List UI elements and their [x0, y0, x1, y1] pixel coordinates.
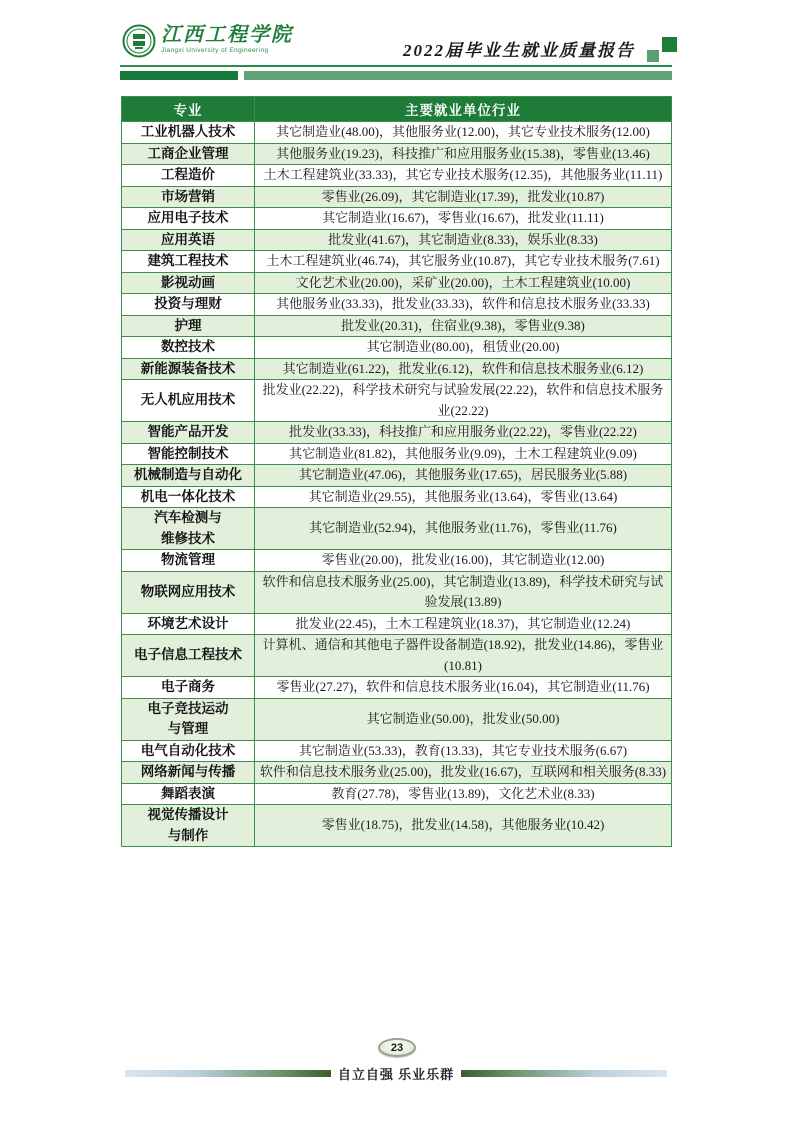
table-row: 工程造价土木工程建筑业(33.33)，其它专业技术服务(12.35)，其他服务业…	[122, 165, 672, 187]
industries-cell: 文化艺术业(20.00)，采矿业(20.00)，土木工程建筑业(10.00)	[255, 272, 672, 294]
employment-table: 专业 主要就业单位行业 工业机器人技术其它制造业(48.00)，其他服务业(12…	[121, 96, 672, 847]
university-logo: 江西工程学院 Jiangxi University of Engineering	[122, 24, 293, 58]
major-cell: 物联网应用技术	[122, 571, 255, 613]
table-header: 专业 主要就业单位行业	[122, 97, 672, 122]
deco-square-large	[662, 37, 677, 52]
industries-cell: 土木工程建筑业(33.33)，其它专业技术服务(12.35)，其他服务业(11.…	[255, 165, 672, 187]
major-cell: 视觉传播设计 与制作	[122, 805, 255, 847]
industries-cell: 其它制造业(80.00)，租赁业(20.00)	[255, 337, 672, 359]
logo-title-cn: 江西工程学院	[161, 24, 293, 46]
university-emblem-icon	[122, 24, 156, 58]
major-cell: 工程造价	[122, 165, 255, 187]
major-cell: 投资与理财	[122, 294, 255, 316]
table-row: 机械制造与自动化其它制造业(47.06)，其他服务业(17.65)，居民服务业(…	[122, 465, 672, 487]
industries-cell: 零售业(18.75)，批发业(14.58)，其他服务业(10.42)	[255, 805, 672, 847]
industries-cell: 教育(27.78)，零售业(13.89)，文化艺术业(8.33)	[255, 783, 672, 805]
motto-bar-right	[461, 1070, 667, 1077]
logo-text: 江西工程学院 Jiangxi University of Engineering	[161, 24, 293, 54]
major-cell: 智能产品开发	[122, 422, 255, 444]
industries-cell: 其它制造业(29.55)，其他服务业(13.64)，零售业(13.64)	[255, 486, 672, 508]
major-cell: 网络新闻与传播	[122, 762, 255, 784]
table-row: 物流管理零售业(20.00)，批发业(16.00)，其它制造业(12.00)	[122, 550, 672, 572]
table-row: 电气自动化技术其它制造业(53.33)，教育(13.33)，其它专业技术服务(6…	[122, 740, 672, 762]
industries-cell: 其它制造业(47.06)，其他服务业(17.65)，居民服务业(5.88)	[255, 465, 672, 487]
industries-cell: 其它制造业(61.22)，批发业(6.12)，软件和信息技术服务业(6.12)	[255, 358, 672, 380]
industries-cell: 其它制造业(16.67)，零售业(16.67)，批发业(11.11)	[255, 208, 672, 230]
table-row: 数控技术其它制造业(80.00)，租赁业(20.00)	[122, 337, 672, 359]
table-body: 工业机器人技术其它制造业(48.00)，其他服务业(12.00)，其它专业技术服…	[122, 122, 672, 847]
major-cell: 影视动画	[122, 272, 255, 294]
table-row: 电子竞技运动 与管理其它制造业(50.00)，批发业(50.00)	[122, 698, 672, 740]
column-header-industries: 主要就业单位行业	[255, 97, 672, 122]
major-cell: 电子信息工程技术	[122, 635, 255, 677]
major-cell: 无人机应用技术	[122, 380, 255, 422]
page-title: 2022届毕业生就业质量报告	[403, 36, 635, 61]
major-cell: 电子商务	[122, 677, 255, 699]
major-cell: 新能源装备技术	[122, 358, 255, 380]
major-cell: 护理	[122, 315, 255, 337]
table-row: 电子商务零售业(27.27)，软件和信息技术服务业(16.04)，其它制造业(1…	[122, 677, 672, 699]
major-cell: 建筑工程技术	[122, 251, 255, 273]
table-row: 物联网应用技术软件和信息技术服务业(25.00)，其它制造业(13.89)，科学…	[122, 571, 672, 613]
industries-cell: 其它制造业(81.82)，其他服务业(9.09)，土木工程建筑业(9.09)	[255, 443, 672, 465]
header-bar-right	[244, 71, 672, 80]
page-number-badge: 23	[378, 1038, 416, 1057]
motto-text: 自立自强 乐业乐群	[338, 1064, 454, 1083]
table-row: 市场营销零售业(26.09)，其它制造业(17.39)，批发业(10.87)	[122, 186, 672, 208]
table-row: 智能产品开发批发业(33.33)，科技推广和应用服务业(22.22)，零售业(2…	[122, 422, 672, 444]
major-cell: 机电一体化技术	[122, 486, 255, 508]
table-row: 视觉传播设计 与制作零售业(18.75)，批发业(14.58)，其他服务业(10…	[122, 805, 672, 847]
major-cell: 应用电子技术	[122, 208, 255, 230]
report-page: 江西工程学院 Jiangxi University of Engineering…	[0, 0, 793, 1122]
major-cell: 环境艺术设计	[122, 613, 255, 635]
industries-cell: 其他服务业(19.23)，科技推广和应用服务业(15.38)，零售业(13.46…	[255, 143, 672, 165]
table-header-row: 专业 主要就业单位行业	[122, 97, 672, 122]
page-number: 23	[391, 1042, 403, 1054]
table-row: 机电一体化技术其它制造业(29.55)，其他服务业(13.64)，零售业(13.…	[122, 486, 672, 508]
industries-cell: 其它制造业(53.33)，教育(13.33)，其它专业技术服务(6.67)	[255, 740, 672, 762]
table-row: 护理批发业(20.31)，住宿业(9.38)，零售业(9.38)	[122, 315, 672, 337]
industries-cell: 批发业(41.67)，其它制造业(8.33)，娱乐业(8.33)	[255, 229, 672, 251]
industries-cell: 零售业(26.09)，其它制造业(17.39)，批发业(10.87)	[255, 186, 672, 208]
table-row: 环境艺术设计批发业(22.45)，土木工程建筑业(18.37)，其它制造业(12…	[122, 613, 672, 635]
table-row: 应用电子技术其它制造业(16.67)，零售业(16.67)，批发业(11.11)	[122, 208, 672, 230]
major-cell: 舞蹈表演	[122, 783, 255, 805]
major-cell: 智能控制技术	[122, 443, 255, 465]
major-cell: 数控技术	[122, 337, 255, 359]
table-row: 应用英语批发业(41.67)，其它制造业(8.33)，娱乐业(8.33)	[122, 229, 672, 251]
major-cell: 汽车检测与 维修技术	[122, 508, 255, 550]
industries-cell: 其他服务业(33.33)，批发业(33.33)，软件和信息技术服务业(33.33…	[255, 294, 672, 316]
header-bar-left	[120, 71, 238, 80]
table-row: 工业机器人技术其它制造业(48.00)，其他服务业(12.00)，其它专业技术服…	[122, 122, 672, 144]
industries-cell: 批发业(22.45)，土木工程建筑业(18.37)，其它制造业(12.24)	[255, 613, 672, 635]
major-cell: 工业机器人技术	[122, 122, 255, 144]
table-row: 舞蹈表演教育(27.78)，零售业(13.89)，文化艺术业(8.33)	[122, 783, 672, 805]
industries-cell: 批发业(33.33)，科技推广和应用服务业(22.22)，零售业(22.22)	[255, 422, 672, 444]
industries-cell: 软件和信息技术服务业(25.00)，其它制造业(13.89)，科学技术研究与试验…	[255, 571, 672, 613]
industries-cell: 计算机、通信和其他电子器件设备制造(18.92)，批发业(14.86)，零售业(…	[255, 635, 672, 677]
industries-cell: 批发业(20.31)，住宿业(9.38)，零售业(9.38)	[255, 315, 672, 337]
table-row: 建筑工程技术土木工程建筑业(46.74)，其它服务业(10.87)，其它专业技术…	[122, 251, 672, 273]
deco-square-small	[647, 50, 659, 62]
table-row: 智能控制技术其它制造业(81.82)，其他服务业(9.09)，土木工程建筑业(9…	[122, 443, 672, 465]
motto-bar-left	[125, 1070, 331, 1077]
major-cell: 工商企业管理	[122, 143, 255, 165]
table-row: 影视动画文化艺术业(20.00)，采矿业(20.00)，土木工程建筑业(10.0…	[122, 272, 672, 294]
major-cell: 机械制造与自动化	[122, 465, 255, 487]
major-cell: 应用英语	[122, 229, 255, 251]
table-row: 工商企业管理其他服务业(19.23)，科技推广和应用服务业(15.38)，零售业…	[122, 143, 672, 165]
industries-cell: 零售业(20.00)，批发业(16.00)，其它制造业(12.00)	[255, 550, 672, 572]
table-row: 新能源装备技术其它制造业(61.22)，批发业(6.12)，软件和信息技术服务业…	[122, 358, 672, 380]
table-row: 投资与理财其他服务业(33.33)，批发业(33.33)，软件和信息技术服务业(…	[122, 294, 672, 316]
industries-cell: 土木工程建筑业(46.74)，其它服务业(10.87)，其它专业技术服务(7.6…	[255, 251, 672, 273]
industries-cell: 其它制造业(52.94)，其他服务业(11.76)，零售业(11.76)	[255, 508, 672, 550]
industries-cell: 其它制造业(48.00)，其他服务业(12.00)，其它专业技术服务(12.00…	[255, 122, 672, 144]
table-row: 网络新闻与传播软件和信息技术服务业(25.00)，批发业(16.67)，互联网和…	[122, 762, 672, 784]
major-cell: 电子竞技运动 与管理	[122, 698, 255, 740]
industries-cell: 零售业(27.27)，软件和信息技术服务业(16.04)，其它制造业(11.76…	[255, 677, 672, 699]
major-cell: 电气自动化技术	[122, 740, 255, 762]
industries-cell: 软件和信息技术服务业(25.00)，批发业(16.67)，互联网和相关服务(8.…	[255, 762, 672, 784]
footer-motto: 自立自强 乐业乐群	[120, 1064, 672, 1082]
table-row: 汽车检测与 维修技术其它制造业(52.94)，其他服务业(11.76)，零售业(…	[122, 508, 672, 550]
industries-cell: 其它制造业(50.00)，批发业(50.00)	[255, 698, 672, 740]
table-row: 无人机应用技术批发业(22.22)，科学技术研究与试验发展(22.22)，软件和…	[122, 380, 672, 422]
major-cell: 物流管理	[122, 550, 255, 572]
header-rule	[120, 65, 672, 67]
column-header-major: 专业	[122, 97, 255, 122]
logo-title-en: Jiangxi University of Engineering	[161, 47, 293, 54]
industries-cell: 批发业(22.22)，科学技术研究与试验发展(22.22)，软件和信息技术服务业…	[255, 380, 672, 422]
table-row: 电子信息工程技术计算机、通信和其他电子器件设备制造(18.92)，批发业(14.…	[122, 635, 672, 677]
major-cell: 市场营销	[122, 186, 255, 208]
